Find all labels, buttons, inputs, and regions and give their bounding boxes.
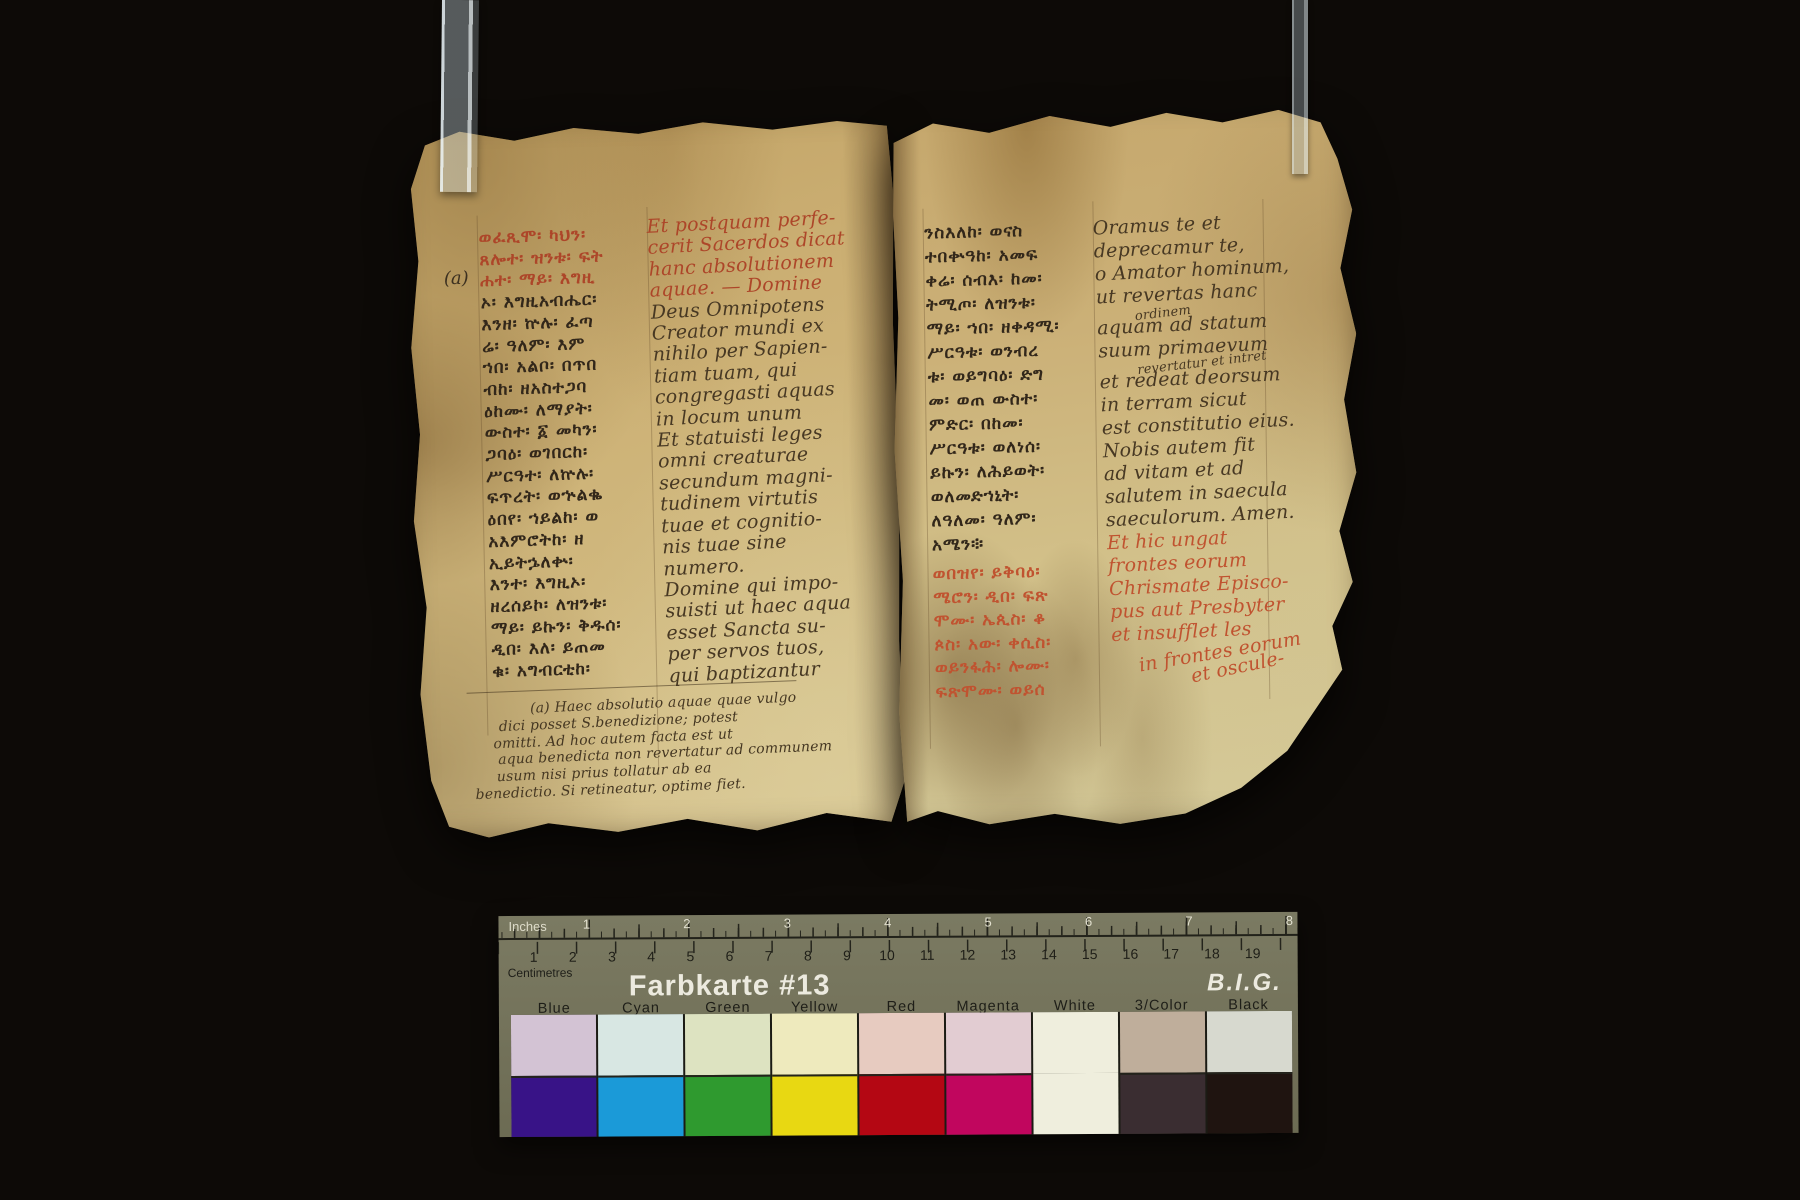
- geez-text-line: ቀሬ፡ ሰብእ፡ ከመ፡: [925, 266, 1058, 293]
- swatch-saturated: [598, 1075, 683, 1136]
- inch-number: 1: [574, 917, 598, 932]
- swatch-column: [685, 1014, 771, 1136]
- swatch-column: [859, 1013, 945, 1135]
- cm-number: 12: [960, 947, 976, 963]
- geez-text-line: ንስእለከ፡ ወናስ: [924, 218, 1057, 245]
- swatch-column: [511, 1015, 597, 1137]
- geez-text-line: ሜሮን፡ ዲበ፡ ፍጽ: [933, 584, 1066, 611]
- photograph-scene: (a) ወፈጺሞ፡ ካህን፡ጸሎተ፡ ዝንቱ፡ ፍትሐተ፡ ማይ፡ እግዚኦ፡ …: [0, 0, 1800, 1200]
- geez-text-line: ቁ፡ አግብርቲከ፡: [492, 658, 623, 684]
- cm-number: 18: [1204, 945, 1220, 961]
- geez-text-line: ጶስ፡ አው፡ ቀሲስ፡: [934, 631, 1067, 658]
- geez-text-line: ምድር፡ በከመ፡: [929, 410, 1062, 437]
- swatch-pastel: [598, 1014, 683, 1075]
- geez-text-line: ወበዝየ፡ ይቅባዕ፡: [932, 560, 1065, 587]
- geez-text-line: እንዘ፡ ኵሉ፡ ፈጣ: [481, 311, 612, 337]
- left-page-geez-column: ወፈጺሞ፡ ካህን፡ጸሎተ፡ ዝንቱ፡ ፍትሐተ፡ ማይ፡ እግዚኦ፡ እግዚአ…: [478, 224, 623, 684]
- swatch-pastel: [1207, 1011, 1292, 1072]
- cm-number: 11: [920, 947, 935, 963]
- inch-number: 7: [1177, 913, 1201, 928]
- swatch-column: [1120, 1011, 1206, 1133]
- swatch-pastel: [946, 1012, 1031, 1073]
- footnote-marker: (a): [444, 268, 469, 290]
- geez-text-line: ተበቍዓከ፡ አመፍ: [925, 242, 1058, 269]
- swatch-pastel: [685, 1014, 770, 1075]
- swatch-grid: [511, 1011, 1293, 1137]
- geez-text-line: ወይንፋሕ፡ ሎሙ፡: [935, 654, 1068, 681]
- hanging-strap-left: [440, 0, 479, 192]
- geez-text-line: ይኩን፡ ለሕይወት፡: [930, 458, 1063, 485]
- geez-text-line: ውስተ፡ ፩ መካን፡: [485, 419, 616, 445]
- cm-number: 1: [527, 949, 541, 965]
- swatch-pastel: [511, 1015, 596, 1076]
- manuscript-right-page: ንስእለከ፡ ወናስተበቍዓከ፡ አመፍቀሬ፡ ሰብእ፡ ከመ፡ትሚጦ፡ ለዝን…: [891, 96, 1358, 826]
- inch-number: 5: [976, 914, 1000, 929]
- inches-label: Inches: [508, 919, 546, 934]
- inch-number: 4: [876, 915, 900, 930]
- left-page-parchment: (a) ወፈጺሞ፡ ካህን፡ጸሎተ፡ ዝንቱ፡ ፍትሐተ፡ ማይ፡ እግዚኦ፡ …: [394, 107, 906, 839]
- geez-text-line: ዕበየ፡ ኀይልከ፡ ወ: [487, 506, 618, 532]
- swatch-pastel: [772, 1013, 857, 1074]
- swatch-saturated: [1207, 1072, 1292, 1133]
- geez-text-line: ማይ፡ ኀበ፡ ዘቀዳሚ፡: [926, 314, 1059, 341]
- swatch-saturated: [946, 1073, 1031, 1134]
- cm-number: 13: [1000, 946, 1016, 962]
- left-page-footnote: (a) Haec absolutio aquae quae vulgodici …: [472, 686, 896, 804]
- left-page-latin-column: Et postquam perfe-cerit Sacerdos dicatha…: [646, 207, 866, 687]
- color-calibration-card: Inches 12345678 123456789101112131415161…: [498, 912, 1298, 1137]
- geez-text-line: ሥርዓቱ፡ ወንብረ: [927, 338, 1060, 365]
- right-page-parchment: ንስእለከ፡ ወናስተበቍዓከ፡ አመፍቀሬ፡ ሰብእ፡ ከመ፡ትሚጦ፡ ለዝን…: [886, 93, 1363, 829]
- inches-ruler: Inches 12345678: [498, 912, 1297, 940]
- swatch-saturated: [772, 1074, 857, 1135]
- geez-text-line: ፍጽሞሙ፡ ወይሰ: [935, 678, 1068, 705]
- cm-number: 4: [644, 948, 658, 964]
- card-title: Farbkarte #13: [629, 969, 831, 1003]
- card-brand: B.I.G.: [1207, 969, 1282, 997]
- cm-number: 3: [605, 948, 619, 964]
- geez-text-line: ዲበ፡ እለ፡ ይጠመ: [491, 636, 622, 662]
- swatch-column: [1033, 1012, 1119, 1134]
- cm-number: 16: [1123, 946, 1139, 962]
- swatch-saturated: [685, 1075, 770, 1136]
- swatch-column: [946, 1012, 1032, 1134]
- inch-number: 2: [675, 916, 699, 931]
- geez-text-line: ሥርዓቱ፡ ወለነሰ፡: [929, 434, 1062, 461]
- cm-number: 5: [683, 948, 697, 964]
- swatch-column: [772, 1013, 858, 1135]
- geez-text-line: መ፡ ወጠ ውስተ፡: [928, 386, 1061, 413]
- cm-number: 2: [566, 949, 580, 965]
- swatch-saturated: [859, 1074, 944, 1135]
- cm-number: 19: [1245, 945, 1261, 961]
- cm-numbers: 12345678910111213141516171819: [527, 945, 1261, 965]
- geez-text-line: ወለመድኀኒት፡: [931, 482, 1064, 509]
- cm-number: 6: [722, 948, 736, 964]
- geez-text-line: ለዓለመ፡ ዓለም፡: [931, 506, 1064, 533]
- inch-number: 3: [775, 916, 799, 931]
- cm-number: 14: [1041, 946, 1057, 962]
- swatch-column: [1207, 1011, 1293, 1133]
- cm-number: 8: [801, 947, 815, 963]
- manuscript-left-page: (a) ወፈጺሞ፡ ካህን፡ጸሎተ፡ ዝንቱ፡ ፍትሐተ፡ ማይ፡ እግዚኦ፡ …: [402, 112, 899, 834]
- cm-number: 7: [762, 948, 776, 964]
- swatch-saturated: [1120, 1072, 1205, 1133]
- swatch-pastel: [1120, 1011, 1205, 1072]
- inch-number: 6: [1077, 914, 1101, 929]
- swatch-pastel: [859, 1013, 944, 1074]
- geez-text-line: ሞሙ፡ ኤጲስ፡ ቆ: [934, 607, 1067, 634]
- right-page-geez-column: ንስእለከ፡ ወናስተበቍዓከ፡ አመፍቀሬ፡ ሰብእ፡ ከመ፡ትሚጦ፡ ለዝን…: [924, 218, 1069, 704]
- hanging-strap-right: [1292, 0, 1308, 174]
- right-page-latin-column: Oramus te etdeprecamur te,o Amator homin…: [1092, 209, 1308, 689]
- geez-text-line: ኀበ፡ አልቦ፡ በጥበ: [483, 354, 614, 380]
- cm-number: 9: [840, 947, 854, 963]
- cm-number: 17: [1163, 946, 1179, 962]
- cm-number: 10: [879, 947, 895, 963]
- geez-text-line: አሜን፨: [932, 530, 1065, 557]
- swatch-saturated: [511, 1076, 596, 1137]
- geez-text-line: ቱ፡ ወይግባዕ፡ ድግ: [928, 362, 1061, 389]
- geez-text-line: ትሚጦ፡ ለዝንቱ፡: [926, 290, 1059, 317]
- swatch-saturated: [1033, 1073, 1118, 1134]
- cm-number: 15: [1082, 946, 1098, 962]
- inch-number: 8: [1277, 913, 1301, 928]
- swatch-column: [598, 1014, 684, 1136]
- swatch-pastel: [1033, 1012, 1118, 1073]
